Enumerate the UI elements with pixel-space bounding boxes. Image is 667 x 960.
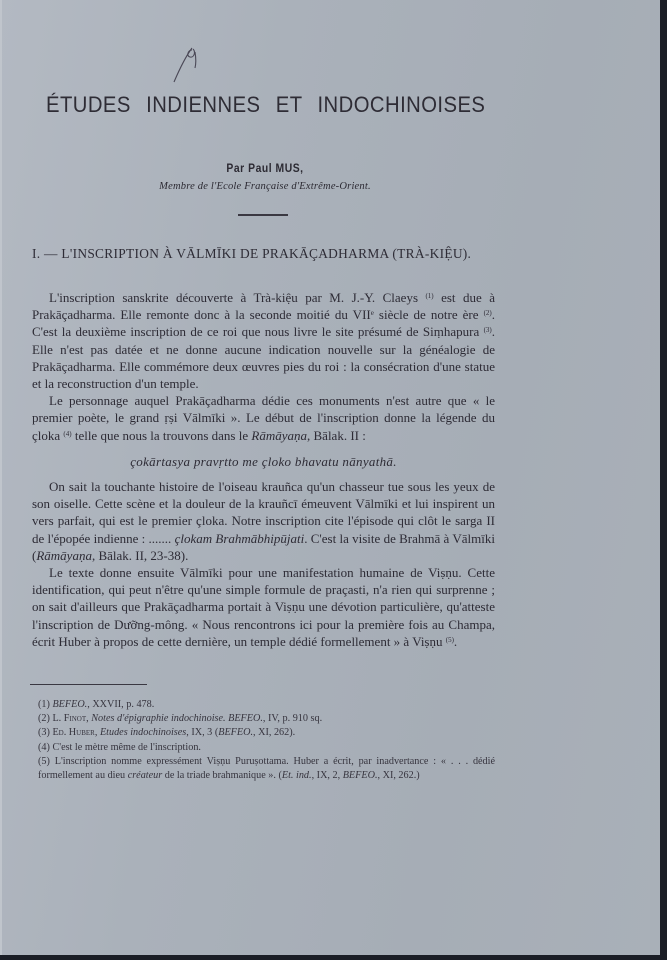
footnote-4: (4) C'est le mètre même de l'inscription… <box>38 741 495 755</box>
footnote-5: (5) L'inscription nomme expressément Viṣ… <box>38 755 495 783</box>
page-edge-shadow <box>660 0 667 960</box>
footnote-3: (3) Ed. Huber, Etudes indochinoises, IX,… <box>38 726 495 740</box>
title-divider <box>238 214 288 216</box>
paragraph-1: L'inscription sanskrite découverte à Trà… <box>32 289 495 392</box>
footnote-ref-1: (1) <box>425 292 433 300</box>
article-title: ÉTUDES INDIENNES ET INDOCHINOISES <box>46 92 460 118</box>
footnote-ref-3: (3) <box>484 326 492 334</box>
paragraph-3: On sait la touchante histoire de l'oisea… <box>32 478 495 564</box>
footnote-ref-2: (2) <box>484 309 492 317</box>
page-bottom-shadow <box>0 955 667 960</box>
footnote-2: (2) L. Finot, Notes d'épigraphie indochi… <box>38 712 495 726</box>
footnote-ref-5: (5) <box>446 636 454 644</box>
sanskrit-verse: çokārtasya pravṛtto me çloko bhavatu nān… <box>32 453 495 470</box>
section-heading: I. — L'INSCRIPTION À VĀLMĪKI DE PRAKĀÇAD… <box>32 246 502 262</box>
footnote-divider <box>30 684 147 685</box>
footnote-ref-4: (4) <box>63 430 71 438</box>
footnotes: (1) BEFEO., XXVII, p. 478. (2) L. Finot,… <box>38 698 495 783</box>
paragraph-2: Le personnage auquel Prakāçadharma dédie… <box>32 392 495 444</box>
footnote-1: (1) BEFEO., XXVII, p. 478. <box>38 698 495 712</box>
handwritten-page-number <box>168 44 216 84</box>
author-affiliation: Membre de l'Ecole Française d'Extrême-Or… <box>0 181 530 192</box>
author-byline: Par Paul MUS, <box>27 163 504 175</box>
body-text: L'inscription sanskrite découverte à Trà… <box>32 289 495 650</box>
scanned-page: ÉTUDES INDIENNES ET INDOCHINOISES Par Pa… <box>0 0 660 955</box>
paragraph-4: Le texte donne ensuite Vālmīki pour une … <box>32 564 495 650</box>
